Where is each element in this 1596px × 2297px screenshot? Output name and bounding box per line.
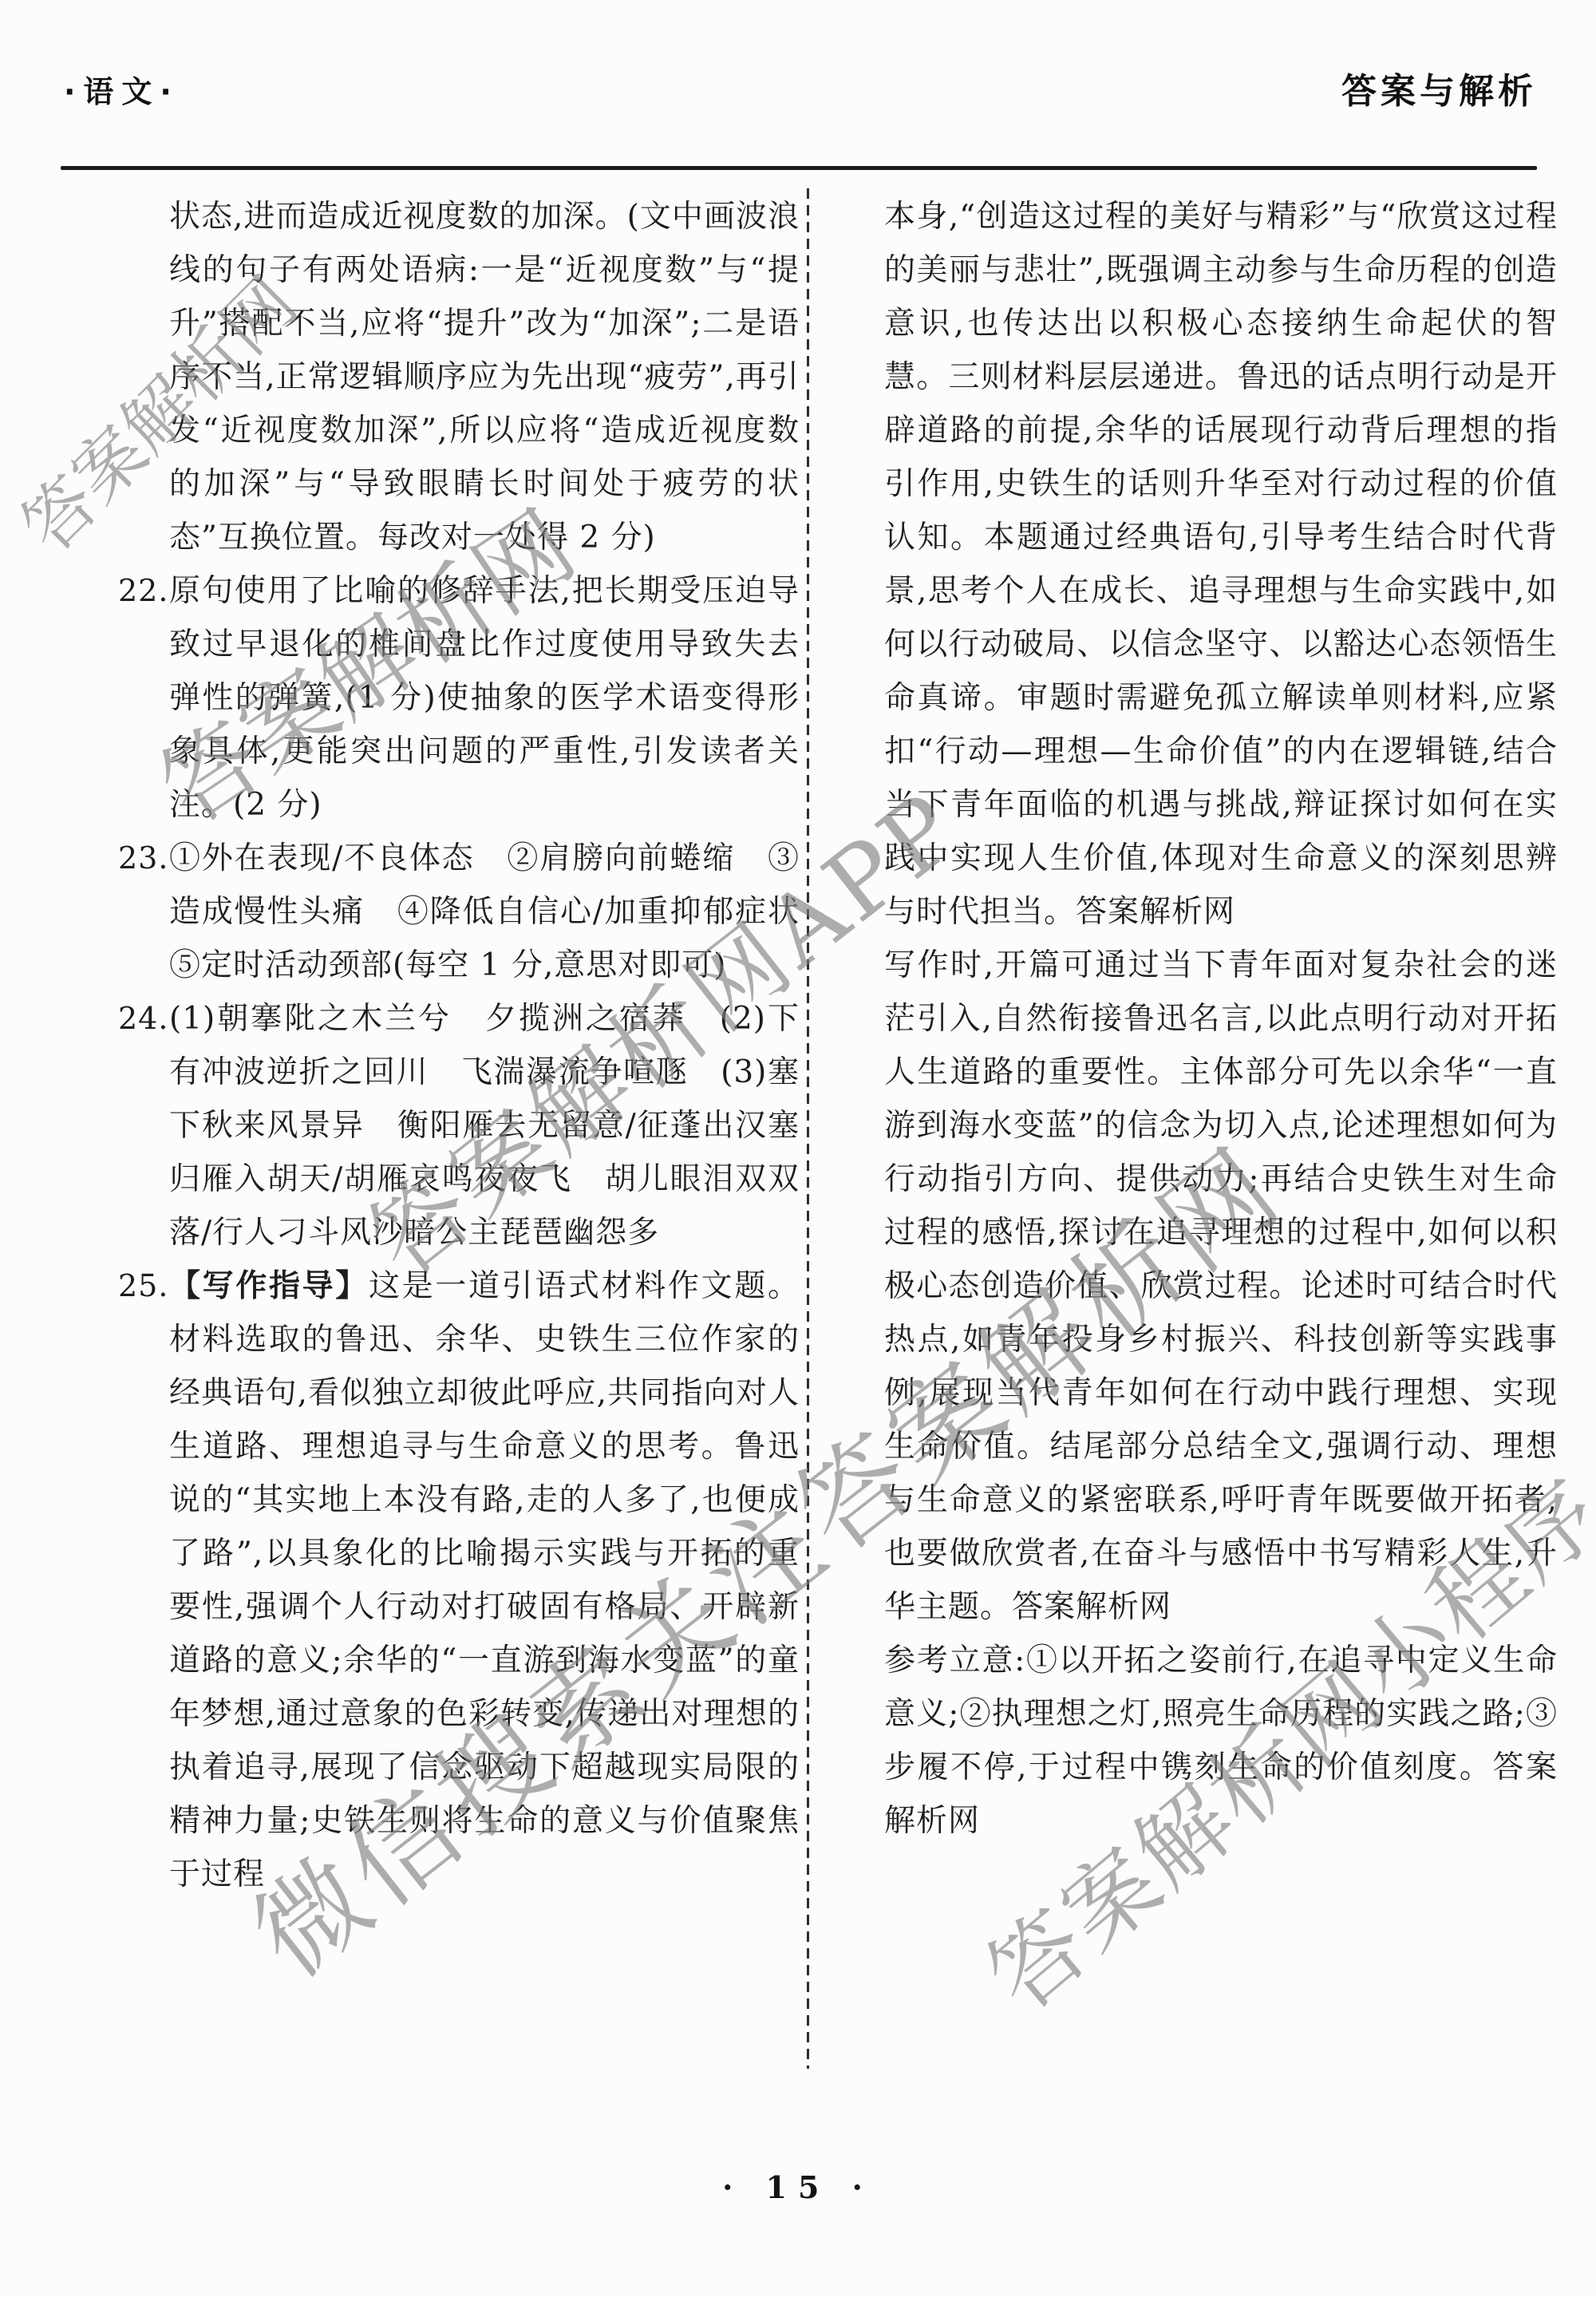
item-text: (1)朝搴阰之木兰兮 夕揽洲之宿莽 (2)下有冲波逆折之回川 飞湍瀑流争喧豗 (…	[169, 992, 800, 1259]
writing-guide-tag: 【写作指导】	[169, 1268, 369, 1304]
right-column: 本身,“创造这过程的美好与精彩”与“欣赏这过程的美丽与悲壮”,既强调主动参与生命…	[884, 190, 1558, 1848]
item-number: 24.	[118, 992, 169, 1046]
page-title: 答案与解析	[1341, 62, 1537, 113]
answer-item-22: 22. 原句使用了比喻的修辞手法,把长期受压迫导致过早退化的椎间盘比作过度使用导…	[118, 564, 800, 832]
header-rule	[61, 166, 1537, 170]
answer-item-25: 25. 【写作指导】这是一道引语式材料作文题。材料选取的鲁迅、余华、史铁生三位作…	[118, 1259, 800, 1901]
item-number: 25.	[118, 1259, 169, 1313]
item-number: 23.	[118, 832, 169, 885]
item-text: 【写作指导】这是一道引语式材料作文题。材料选取的鲁迅、余华、史铁生三位作家的经典…	[169, 1259, 800, 1901]
item-text: 原句使用了比喻的修辞手法,把长期受压迫导致过早退化的椎间盘比作过度使用导致失去弹…	[169, 564, 800, 832]
answer-item-23: 23. ①外在表现/不良体态 ②肩膀向前蜷缩 ③造成慢性头痛 ④降低自信心/加重…	[118, 832, 800, 992]
item-text-body: 这是一道引语式材料作文题。材料选取的鲁迅、余华、史铁生三位作家的经典语句,看似独…	[169, 1268, 800, 1892]
answer-item-continuation: 状态,进而造成近视度数的加深。(文中画波浪线的句子有两处语病:一是“近视度数”与…	[118, 190, 800, 564]
item-text: ①外在表现/不良体态 ②肩膀向前蜷缩 ③造成慢性头痛 ④降低自信心/加重抑郁症状…	[169, 832, 800, 992]
item-number: 22.	[118, 564, 169, 618]
subject-label: ·语文·	[64, 67, 180, 111]
answer-key-page: ·语文· 答案与解析 状态,进而造成近视度数的加深。(文中画波浪线的句子有两处语…	[0, 0, 1596, 2297]
writing-advice-paragraph: 写作时,开篇可通过当下青年面对复杂社会的迷茫引入,自然衔接鲁迅名言,以此点明行动…	[884, 939, 1558, 1634]
answer-item-24: 24. (1)朝搴阰之木兰兮 夕揽洲之宿莽 (2)下有冲波逆折之回川 飞湍瀑流争…	[118, 992, 800, 1259]
page-number: · 15 ·	[0, 2169, 1596, 2205]
item-text: 状态,进而造成近视度数的加深。(文中画波浪线的句子有两处语病:一是“近视度数”与…	[169, 190, 800, 564]
reference-ideas-paragraph: 参考立意:①以开拓之姿前行,在追寻中定义生命意义;②执理想之灯,照亮生命历程的实…	[884, 1634, 1558, 1848]
analysis-paragraph: 本身,“创造这过程的美好与精彩”与“欣赏这过程的美丽与悲壮”,既强调主动参与生命…	[884, 190, 1558, 939]
left-column: 状态,进而造成近视度数的加深。(文中画波浪线的句子有两处语病:一是“近视度数”与…	[118, 190, 800, 1901]
